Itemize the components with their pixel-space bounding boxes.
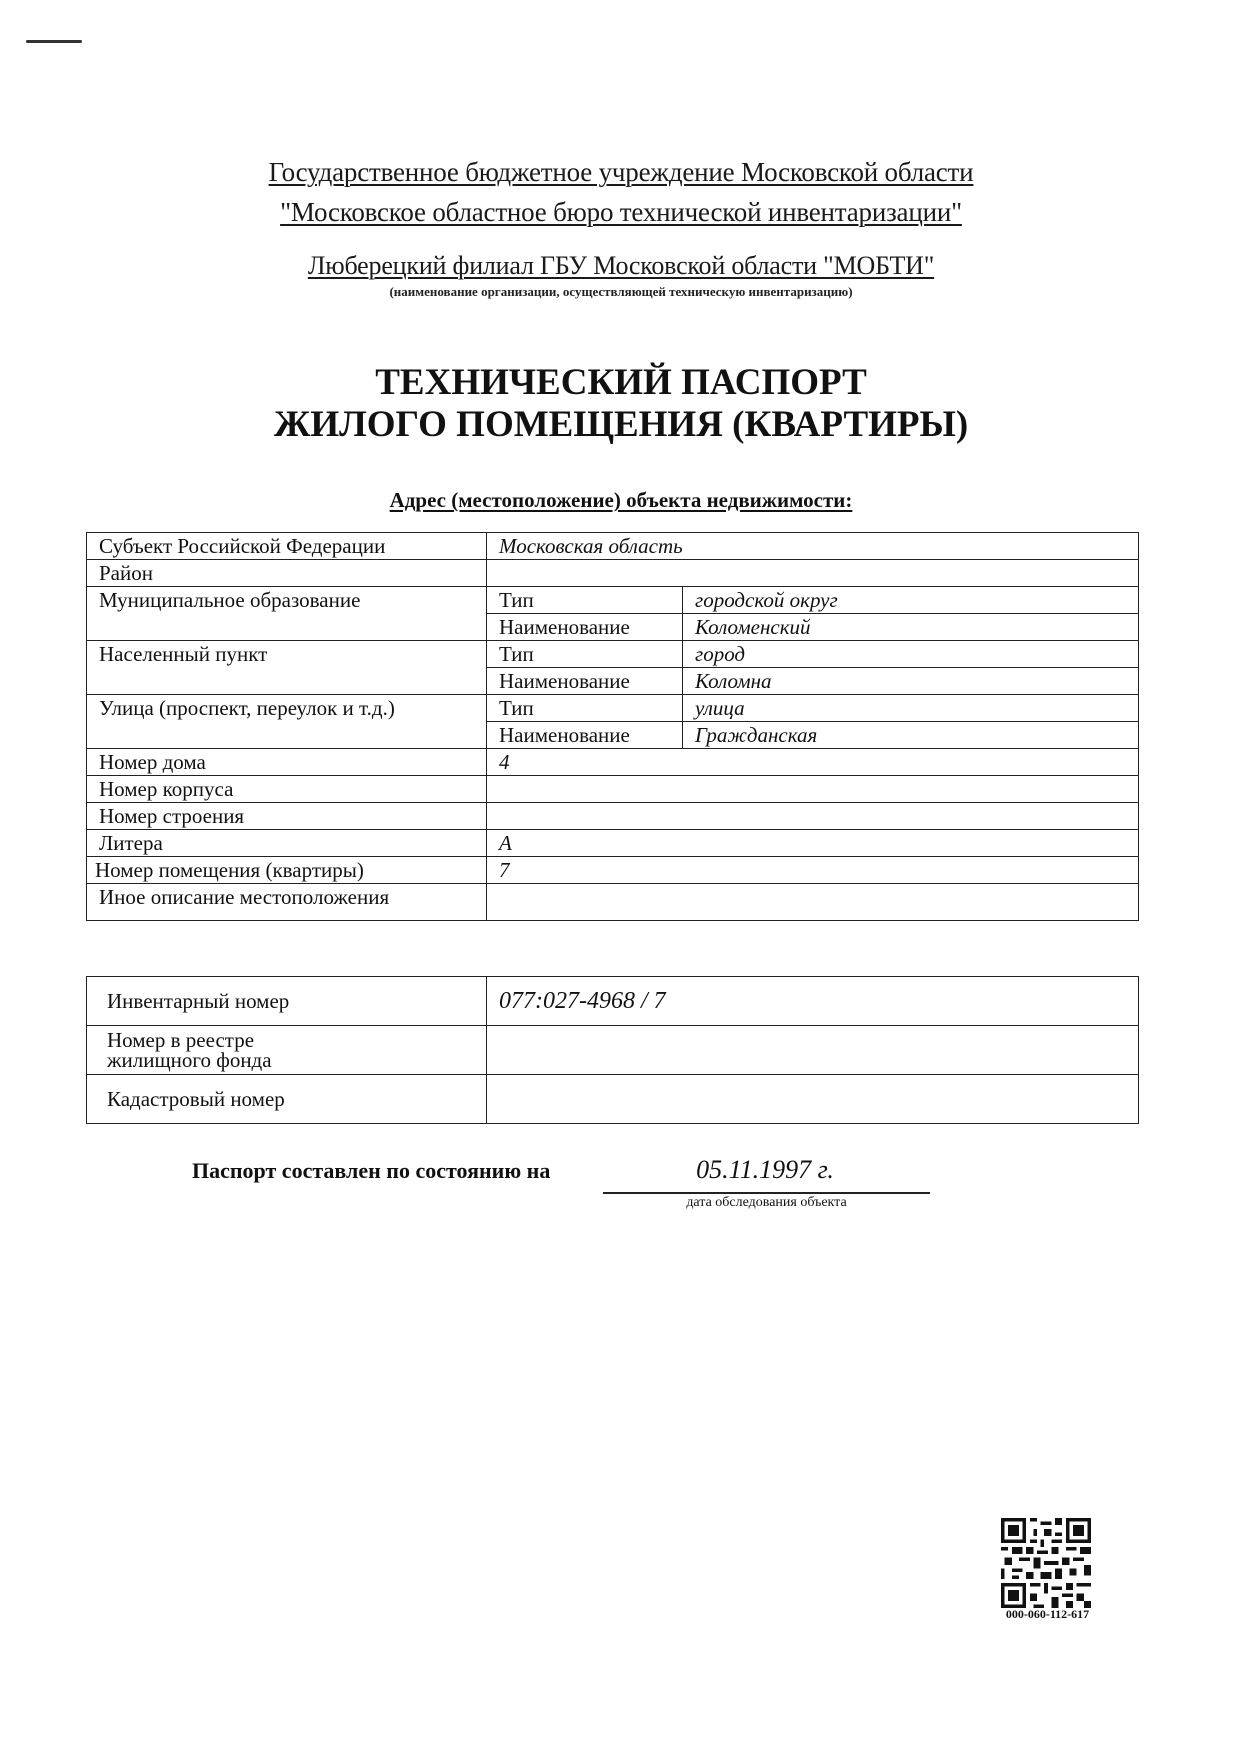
table-row: Номер дома 4 [87, 749, 1139, 776]
locality-name-value: Коломна [683, 668, 1139, 695]
table-row: Улица (проспект, переулок и т.д.) Тип ул… [87, 695, 1139, 722]
municipal-label: Муниципальное образование [87, 587, 487, 641]
subject-value: Московская область [487, 533, 1139, 560]
org-name-line-2: "Московское областное бюро технической и… [0, 196, 1242, 228]
table-row: Субъект Российской Федерации Московская … [87, 533, 1139, 560]
housing-registry-label-line-1: Номер в реестре [107, 1030, 486, 1050]
housing-registry-value [487, 1026, 1139, 1075]
house-label: Номер дома [87, 749, 487, 776]
table-row: Муниципальное образование Тип городской … [87, 587, 1139, 614]
inventory-value: 077:027-4968 / 7 [487, 977, 1139, 1026]
other-location-label: Иное описание местоположения [87, 884, 487, 921]
registry-table: Инвентарный номер 077:027-4968 / 7 Номер… [86, 976, 1139, 1124]
street-type-label: Тип [487, 695, 683, 722]
district-value [487, 560, 1139, 587]
house-value: 4 [487, 749, 1139, 776]
table-row: Населенный пункт Тип город [87, 641, 1139, 668]
org-name-line-1: Государственное бюджетное учреждение Мос… [0, 156, 1242, 188]
street-label: Улица (проспект, переулок и т.д.) [87, 695, 487, 749]
cadastral-value [487, 1075, 1139, 1124]
structure-label: Номер строения [87, 803, 487, 830]
street-type-value: улица [683, 695, 1139, 722]
apartment-label: Номер помещения (квартиры) [87, 857, 487, 884]
table-row: Инвентарный номер 077:027-4968 / 7 [87, 977, 1139, 1026]
litera-label: Литера [87, 830, 487, 857]
address-heading: Адрес (местоположение) объекта недвижимо… [0, 488, 1242, 513]
address-table: Субъект Российской Федерации Московская … [86, 532, 1139, 921]
street-name-label: Наименование [487, 722, 683, 749]
cadastral-label: Кадастровый номер [87, 1075, 487, 1124]
locality-type-label: Тип [487, 641, 683, 668]
street-name-value: Гражданская [683, 722, 1139, 749]
qr-code-icon [1001, 1518, 1091, 1608]
municipal-type-value: городской округ [683, 587, 1139, 614]
passport-date-label: Паспорт составлен по состоянию на [192, 1158, 550, 1184]
table-row: Номер помещения (квартиры) 7 [87, 857, 1139, 884]
municipal-name-label: Наименование [487, 614, 683, 641]
housing-registry-label-line-2: жилищного фонда [107, 1050, 486, 1070]
litera-value: А [487, 830, 1139, 857]
document-title-line-2: ЖИЛОГО ПОМЕЩЕНИЯ (КВАРТИРЫ) [0, 404, 1242, 446]
building-value [487, 776, 1139, 803]
locality-type-value: город [683, 641, 1139, 668]
table-row: Номер строения [87, 803, 1139, 830]
apartment-value: 7 [487, 857, 1139, 884]
table-row: Номер корпуса [87, 776, 1139, 803]
other-location-value [487, 884, 1139, 921]
table-row: Район [87, 560, 1139, 587]
district-label: Район [87, 560, 487, 587]
locality-name-label: Наименование [487, 668, 683, 695]
subject-label: Субъект Российской Федерации [87, 533, 487, 560]
structure-value [487, 803, 1139, 830]
date-underline [603, 1192, 930, 1194]
municipal-name-value: Коломенский [683, 614, 1139, 641]
inventory-label: Инвентарный номер [87, 977, 487, 1026]
passport-date-value: 05.11.1997 г. [600, 1155, 930, 1185]
municipal-type-label: Тип [487, 587, 683, 614]
building-label: Номер корпуса [87, 776, 487, 803]
document-title-line-1: ТЕХНИЧЕСКИЙ ПАСПОРТ [0, 362, 1242, 404]
branch-note: (наименование организации, осуществляюще… [0, 284, 1242, 300]
table-row: Номер в реестре жилищного фонда [87, 1026, 1139, 1075]
table-row: Литера А [87, 830, 1139, 857]
table-row: Иное описание местоположения [87, 884, 1139, 921]
qr-code-number: 000-060-112-617 [990, 1607, 1105, 1622]
branch-name: Люберецкий филиал ГБУ Московской области… [0, 250, 1242, 282]
date-caption: дата обследования объекта [603, 1195, 930, 1211]
locality-label: Населенный пункт [87, 641, 487, 695]
housing-registry-label: Номер в реестре жилищного фонда [87, 1026, 487, 1075]
table-row: Кадастровый номер [87, 1075, 1139, 1124]
scan-mark [26, 40, 82, 43]
